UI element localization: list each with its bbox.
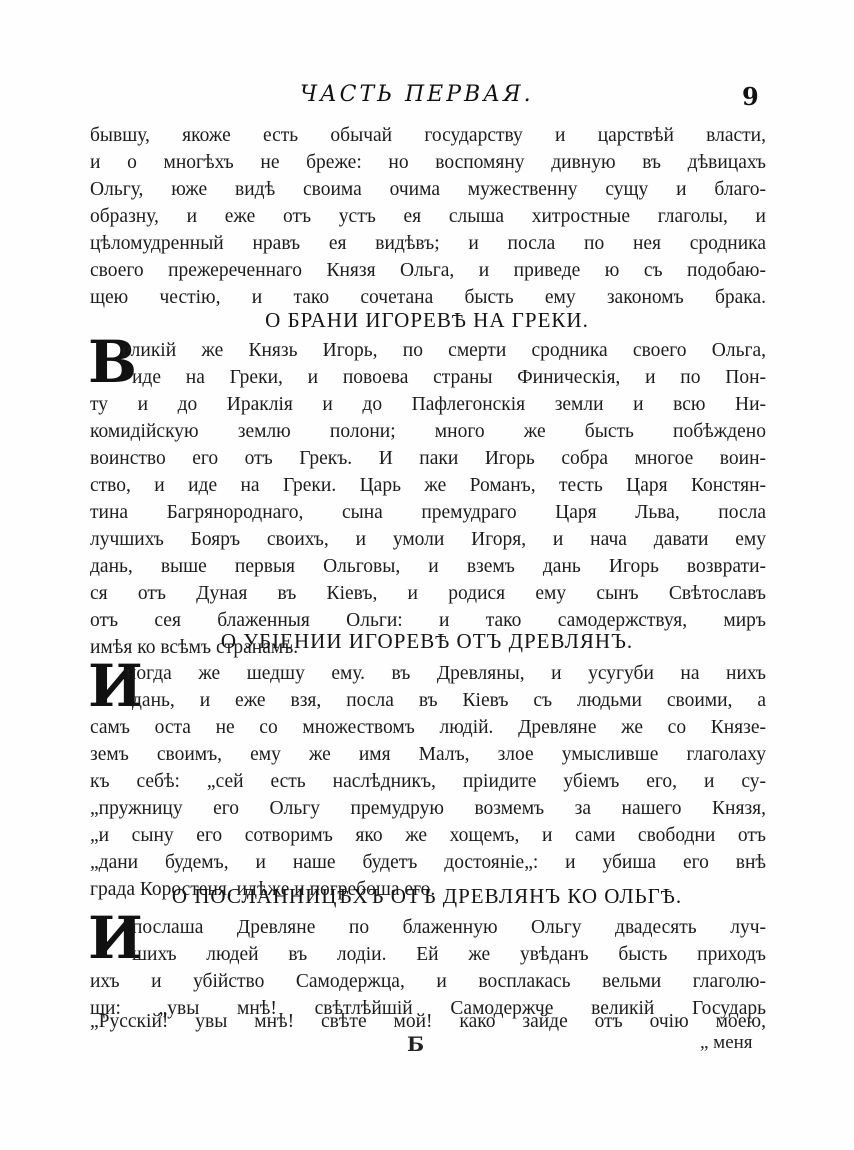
text-line: воинство его отъ Грекъ. И паки Игорь соб…	[90, 445, 766, 472]
text-line: „пружницу его Ольгу премудрую возмемъ за…	[90, 795, 766, 822]
text-line: бывшу, якоже есть обычай государству и ц…	[90, 122, 766, 149]
section-heading: О УБІЕНИИ ИГОРЕВѢ ОТЪ ДРЕВЛЯНЪ.	[0, 627, 854, 655]
text-line: тина Багрянороднаго, сына премудраго Цар…	[90, 499, 766, 526]
book-page: ЧАСТЬ ПЕРВАЯ. 9 бывшу, якоже есть обычай…	[0, 0, 854, 1150]
text-line: „и сыну его сотворимъ яко же хощемъ, и с…	[90, 822, 766, 849]
text-line: иде на Греки, и повоева страны Финическі…	[132, 364, 766, 391]
signature-mark: Б	[407, 1032, 424, 1056]
text-line: дань, выше первыя Ольговы, и вземъ дань …	[90, 553, 766, 580]
text-line: и о многѣхъ не бреже: но воспомяну дивну…	[90, 149, 766, 176]
page-number: 9	[742, 82, 759, 111]
catchword: „ меня	[700, 1032, 753, 1054]
running-title: ЧАСТЬ ПЕРВАЯ.	[300, 82, 534, 107]
text-line: самъ оста не со множествомъ людій. Древл…	[90, 714, 766, 741]
text-line: ство, и иде на Греки. Царь же Романъ, те…	[90, 472, 766, 499]
text-line: „Русскій! увы мнѣ! свѣте мой! како зайде…	[90, 1008, 766, 1035]
text-line: комидійскую землю полони; много же бысть…	[90, 418, 766, 445]
text-line: къ себѣ: „сей есть наслѣдникъ, пріидите …	[90, 768, 766, 795]
text-line: шихъ людей въ лодіи. Ей же увѣданъ бысть…	[132, 941, 766, 968]
text-line: ногда же шедшу ему. въ Древляны, и усугу…	[126, 660, 766, 687]
text-line: ту и до Ираклія и до Пафлегонскія земли …	[90, 391, 766, 418]
text-line: Ольгу, юже видѣ своима очима мужественну…	[90, 176, 766, 203]
text-line: послаша Древляне по блаженную Ольгу двад…	[132, 914, 766, 941]
text-line: ся отъ Дуная въ Кіевъ, и родися ему сынъ…	[90, 580, 766, 607]
text-line: ихъ и убійство Самодержца, и восплакась …	[90, 968, 766, 995]
text-line: еликій же Князь Игорь, по смерти сродник…	[122, 337, 766, 364]
text-line: лучшихъ Бояръ своихъ, и умоли Игоря, и н…	[90, 526, 766, 553]
text-line: дань, и еже взя, посла въ Кіевъ съ людьм…	[132, 687, 766, 714]
text-line: цѣломудренный нравъ ея видѣвъ; и посла п…	[90, 230, 766, 257]
text-line: своего прежереченнаго Князя Ольга, и при…	[90, 257, 766, 284]
text-line: „дани будемъ, и наше будетъ достояніе„: …	[90, 849, 766, 876]
text-line: земъ своимъ, ему же имя Малъ, злое умысл…	[90, 741, 766, 768]
text-line: образну, и еже отъ устъ ея слыша хитрост…	[90, 203, 766, 230]
